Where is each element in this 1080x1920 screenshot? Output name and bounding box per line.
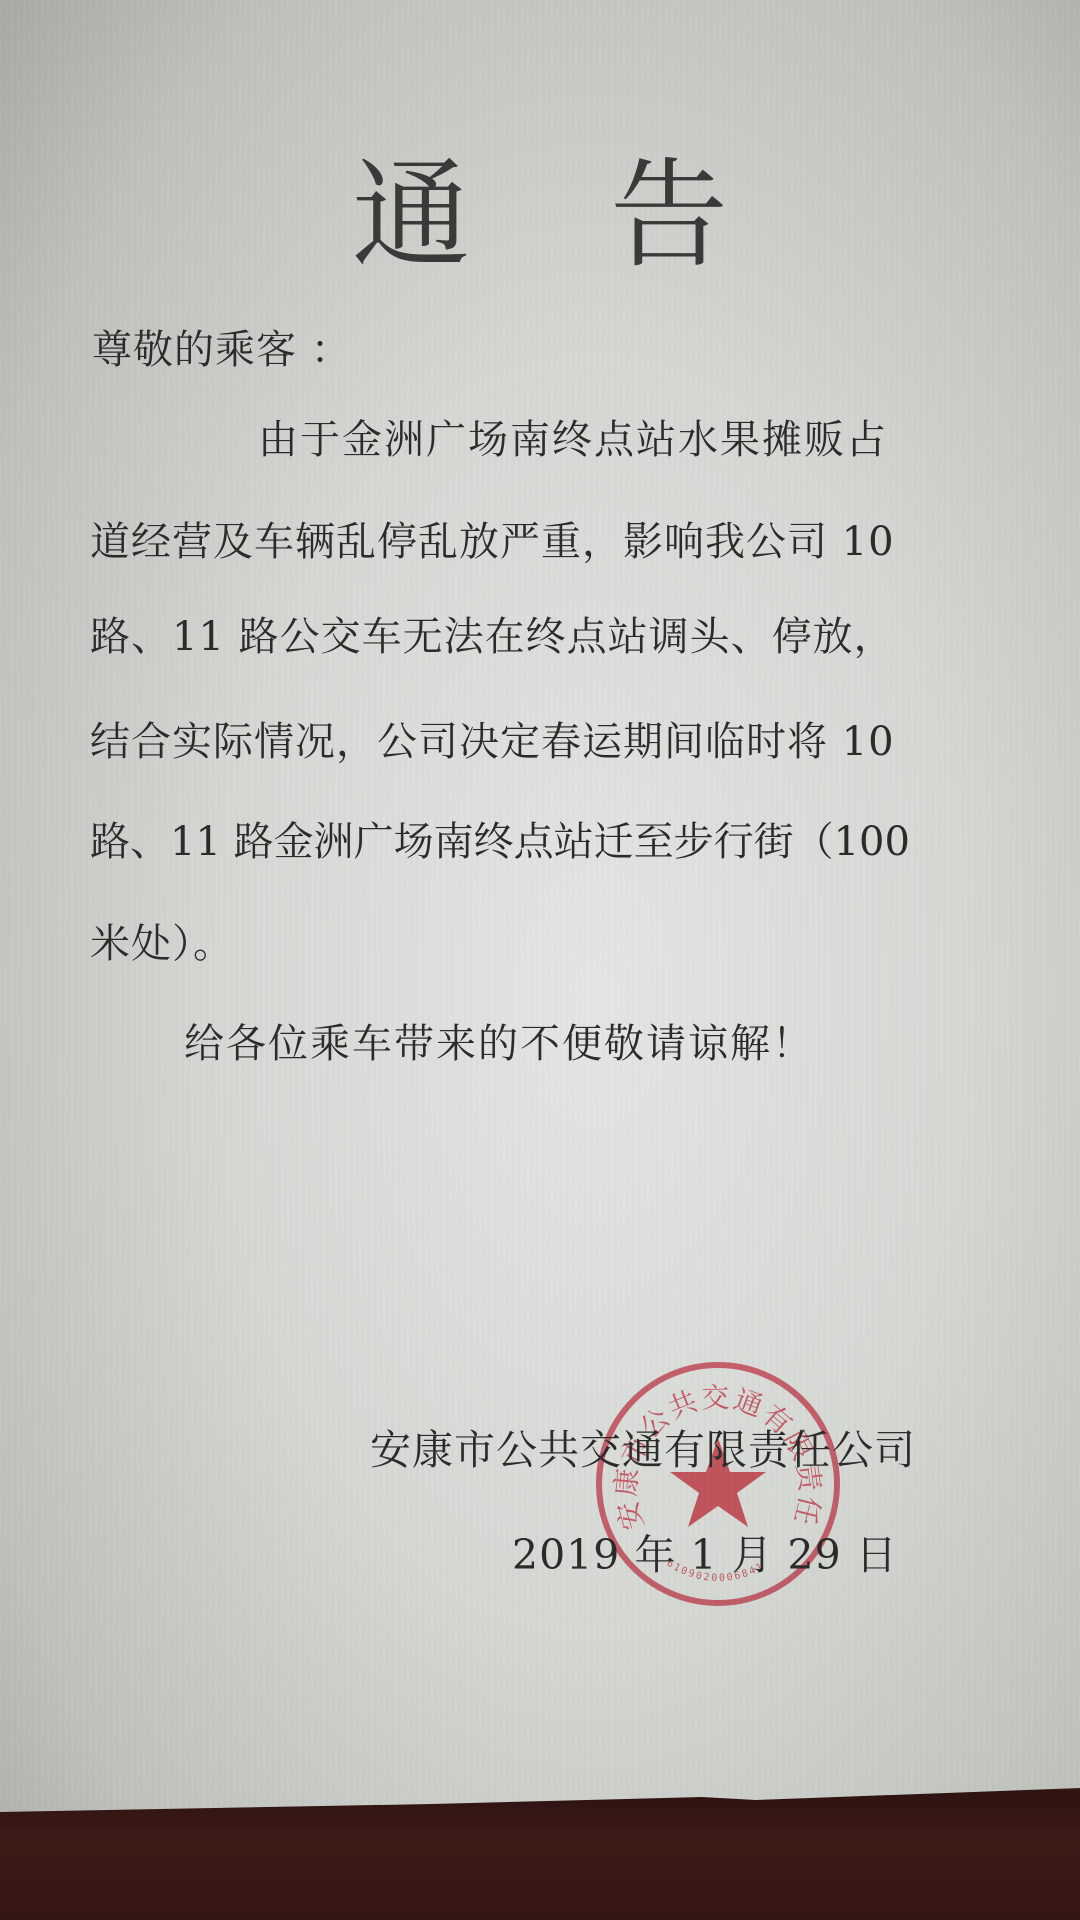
body-line: 米处）。 xyxy=(90,924,234,964)
title-char-1: 通 xyxy=(352,150,470,280)
issuer-company: 安康市公共交通有限责任公司 xyxy=(370,1430,916,1470)
title-char-2: 告 xyxy=(610,150,728,280)
notice-paper: 通告 尊敬的乘客 ： 由于金洲广场南终点站水果摊贩占 道经营及车辆乱停乱放严重，… xyxy=(0,0,1080,1812)
issue-date: 2019 年 1 月 29 日 xyxy=(512,1535,898,1575)
body-line: 由于金洲广场南终点站水果摊贩占 xyxy=(258,420,888,460)
salutation: 尊敬的乘客 ： xyxy=(92,330,352,370)
body-line: 路、11 路公交车无法在终点站调头、停放， xyxy=(90,617,895,657)
body-line: 结合实际情况，公司决定春运期间临时将 10 xyxy=(90,722,895,762)
body-line: 道经营及车辆乱停乱放严重，影响我公司 10 xyxy=(90,522,895,562)
desk-surface xyxy=(0,1790,1080,1920)
body-line: 路、11 路金洲广场南终点站迁至步行街（100 xyxy=(90,822,910,862)
notice-title: 通告 xyxy=(0,150,1080,280)
apology-line: 给各位乘车带来的不便敬请谅解！ xyxy=(184,1024,814,1064)
